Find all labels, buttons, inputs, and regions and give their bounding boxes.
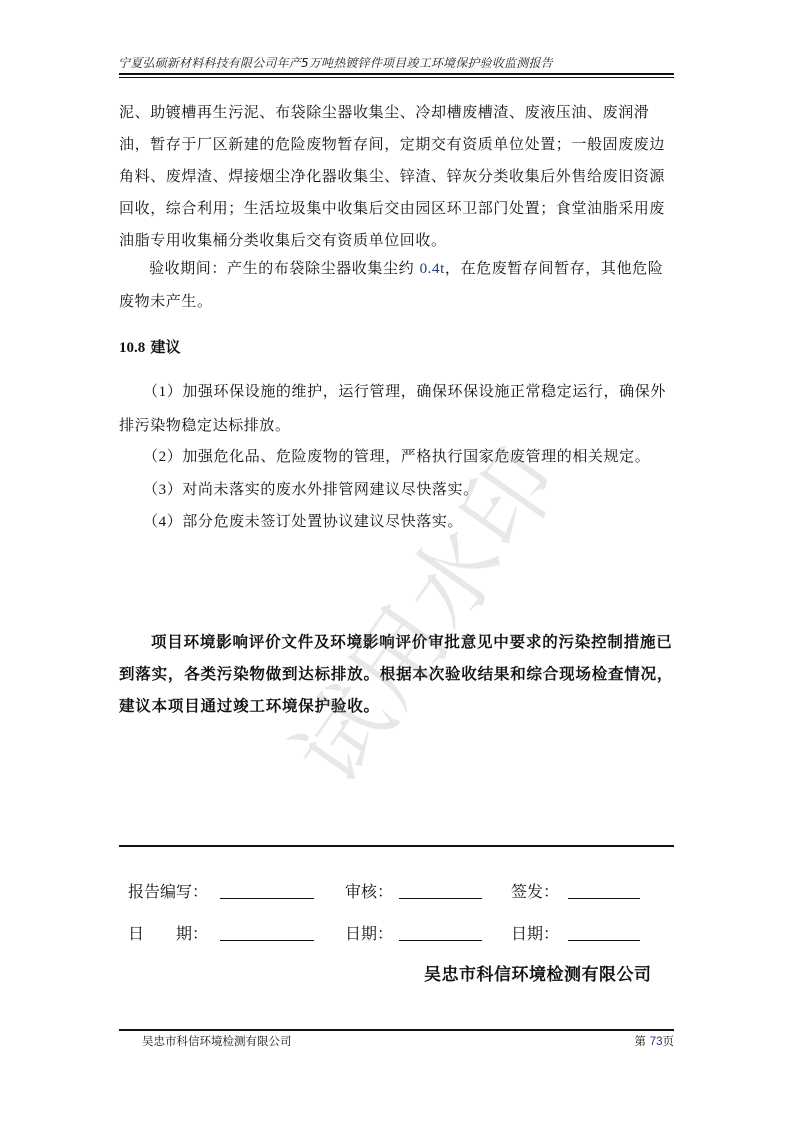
header-rule-thin <box>119 77 674 78</box>
label-date-author: 日 期： <box>128 921 208 944</box>
paragraph-text-before: 验收期间：产生的布袋除尘器收集尘约 <box>149 259 420 277</box>
date-line-issuer[interactable] <box>568 940 640 941</box>
section-title: 建议 <box>150 338 180 356</box>
recommendation-text: 部分危废未签订处置协议建议尽快落实。 <box>182 512 463 530</box>
label-issuer: 签发： <box>511 879 559 902</box>
dust-amount-value: 0.4t <box>420 261 445 277</box>
signature-line-issuer[interactable] <box>568 898 640 899</box>
recommendation-item: （3）对尚未落实的废水外排管网建议尽快落实。 <box>119 473 675 507</box>
conclusion-paragraph: 项目环境影响评价文件及环境影响评价审批意见中要求的污染控制措施已到落实，各类污染… <box>119 626 675 722</box>
signature-line-author[interactable] <box>220 898 314 899</box>
signature-divider <box>119 845 674 847</box>
section-heading: 10.8 建议 <box>119 336 181 357</box>
recommendation-index: （1） <box>143 384 182 400</box>
document-page: 宁夏弘硕新材料科技有限公司年产5万吨热镀锌件项目竣工环境保护验收监测报告 泥、助… <box>0 0 793 1122</box>
page-number: 第 73页 <box>635 1033 674 1049</box>
recommendation-index: （4） <box>143 514 182 530</box>
page-prefix: 第 <box>635 1034 650 1048</box>
label-reviewer: 审核： <box>345 879 393 902</box>
page-number-value: 73 <box>650 1036 663 1048</box>
date-line-reviewer[interactable] <box>399 940 482 941</box>
recommendation-item: （2）加强危化品、危险废物的管理，严格执行国家危废管理的相关规定。 <box>119 440 675 474</box>
signature-line-reviewer[interactable] <box>399 898 482 899</box>
date-line-author[interactable] <box>220 940 314 941</box>
paragraph-solid-waste: 泥、助镀槽再生污泥、布袋除尘器收集尘、冷却槽废槽渣、废液压油、废润滑油，暂存于厂… <box>119 96 675 256</box>
recommendation-item: （4）部分危废未签订处置协议建议尽快落实。 <box>119 505 675 539</box>
running-header: 宁夏弘硕新材料科技有限公司年产5万吨热镀锌件项目竣工环境保护验收监测报告 <box>118 54 678 71</box>
header-rule-thick <box>119 73 674 75</box>
page-suffix: 页 <box>663 1034 675 1048</box>
section-number: 10.8 <box>119 340 145 356</box>
label-date-reviewer: 日期： <box>345 921 393 944</box>
recommendation-index: （2） <box>143 449 182 465</box>
label-report-author: 报告编写： <box>128 879 208 902</box>
label-date-issuer: 日期： <box>511 921 559 944</box>
recommendation-item: （1）加强环保设施的维护，运行管理，确保环保设施正常稳定运行，确保外排污染物稳定… <box>119 375 675 442</box>
recommendation-text: 对尚未落实的废水外排管网建议尽快落实。 <box>182 480 478 498</box>
issuing-company: 吴忠市科信环境检测有限公司 <box>424 960 652 985</box>
footer-rule <box>119 1029 674 1031</box>
footer-company: 吴忠市科信环境检测有限公司 <box>142 1033 292 1049</box>
recommendation-text: 加强环保设施的维护，运行管理，确保环保设施正常稳定运行，确保外排污染物稳定达标排… <box>119 382 666 434</box>
recommendation-text: 加强危化品、危险废物的管理，严格执行国家危废管理的相关规定。 <box>182 447 650 465</box>
recommendation-index: （3） <box>143 482 182 498</box>
paragraph-acceptance-period: 验收期间：产生的布袋除尘器收集尘约 0.4t，在危废暂存间暂存，其他危险废物未产… <box>119 252 675 317</box>
